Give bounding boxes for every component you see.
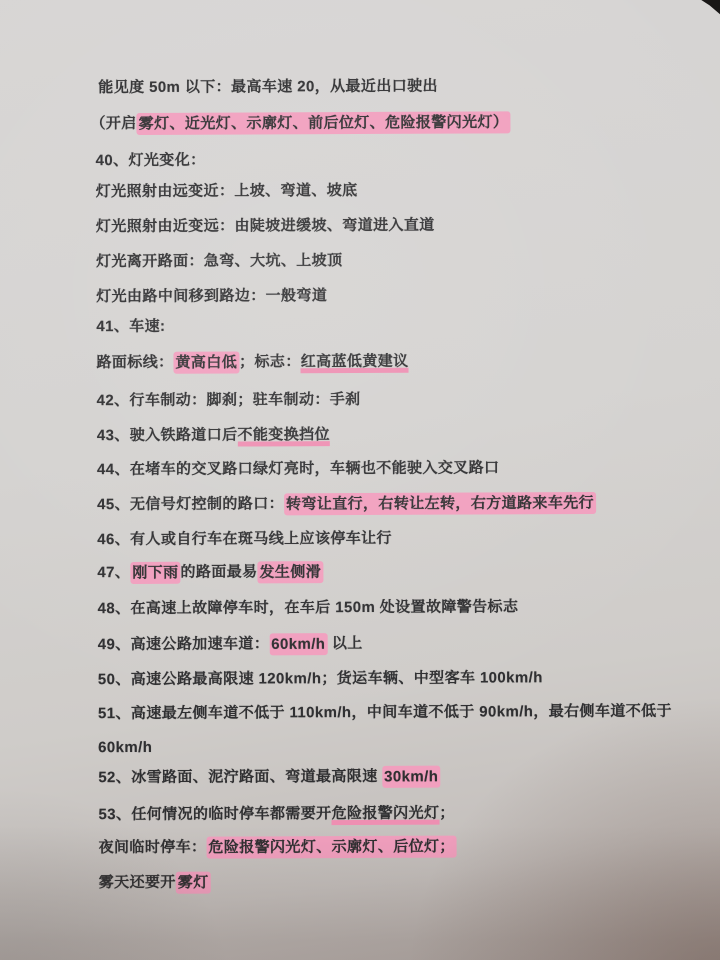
text-segment: 能见度 50m 以下：最高车速 20，从最近出口驶出 [98, 78, 438, 96]
note-line: 灯光照射由近变远：由陡坡进缓坡、弯道进入直道 [96, 215, 435, 237]
highlighted-text: 雾灯、近光灯、示廓灯、前后位灯、危险报警闪光灯） [137, 111, 511, 135]
note-line: 41、车速: [96, 316, 165, 337]
note-line: 60km/h [98, 737, 152, 758]
note-line: 灯光离开路面：急弯、大坑、上坡顶 [96, 250, 342, 272]
note-line: 路面标线：黄高白低；标志：红高蓝低黄建议 [96, 351, 408, 373]
text-segment: 46、有人或自行车在斑马线上应该停车让行 [97, 530, 392, 548]
paper-page: 能见度 50m 以下：最高车速 20，从最近出口驶出 （开启雾灯、近光灯、示廓灯… [0, 0, 720, 960]
text-segment: 47、 [97, 564, 130, 581]
text-segment: 灯光离开路面：急弯、大坑、上坡顶 [96, 252, 342, 270]
text-segment: 以上 [327, 635, 362, 652]
note-line: 45、无信号灯控制的路口：转弯让直行，右转让左转，右方道路来车先行 [97, 492, 596, 515]
text-segment: 52、冰雪路面、泥泞路面、弯道最高限速 [98, 768, 382, 786]
note-line: 雾天还要开雾灯 [99, 872, 211, 893]
underlined-text: 不能变换挡位 [237, 426, 329, 446]
notes-text-block: 能见度 50m 以下：最高车速 20，从最近出口驶出 （开启雾灯、近光灯、示廓灯… [0, 0, 720, 960]
text-segment: （开启 [90, 115, 136, 132]
text-segment: 48、在高速上故障停车时，在车后 150m 处设置故障警告标志 [98, 598, 519, 617]
text-segment: 41、车速: [96, 318, 165, 335]
text-segment: 50、高速公路最高限速 120km/h；货运车辆、中型客车 100km/h [98, 669, 543, 688]
text-segment: 53、任何情况的临时停车都需要开 [98, 805, 331, 823]
note-line: 40、灯光变化： [96, 150, 206, 171]
highlighted-text: 30km/h [382, 765, 440, 787]
highlighted-text: 60km/h [269, 633, 327, 655]
text-segment: ；标志： [239, 353, 301, 370]
underlined-text: 红高蓝低黄建议 [301, 353, 409, 373]
note-line: 43、驶入铁路道口后不能变换挡位 [97, 424, 330, 446]
highlighted-text: 转弯让直行，右转让左转，右方道路来车先行 [284, 491, 596, 514]
note-line: 51、高速最左侧车道不低于 110km/h，中间车道不低于 90km/h，最右侧… [98, 701, 672, 725]
note-line: 44、在堵车的交叉路口绿灯亮时，车辆也不能驶入交叉路口 [97, 457, 500, 480]
text-segment: 灯光照射由近变远：由陡坡进缓坡、弯道进入直道 [96, 217, 435, 235]
text-segment: 49、高速公路加速车道： [98, 635, 270, 653]
note-line: 49、高速公路加速车道：60km/h 以上 [98, 633, 363, 655]
text-segment: 42、行车制动：脚刹；驻车制动：手刹 [97, 391, 361, 409]
text-segment: 40、灯光变化： [96, 152, 206, 169]
text-segment: 的路面最易 [180, 563, 257, 580]
note-line: 52、冰雪路面、泥泞路面、弯道最高限速 30km/h [98, 766, 440, 788]
highlighted-text: 雾灯 [176, 871, 211, 893]
text-segment: 45、无信号灯控制的路口： [97, 495, 284, 513]
text-segment: 路面标线： [96, 354, 173, 371]
text-segment: 雾天还要开 [99, 874, 176, 891]
highlighted-text: 危险报警闪光灯、示廓灯、后位灯； [206, 835, 456, 858]
note-line: 46、有人或自行车在斑马线上应该停车让行 [97, 528, 392, 550]
highlighted-text: 黄高白低 [173, 351, 239, 373]
text-segment: 44、在堵车的交叉路口绿灯亮时，车辆也不能驶入交叉路口 [97, 459, 500, 478]
note-line: （开启雾灯、近光灯、示廓灯、前后位灯、危险报警闪光灯） [90, 111, 510, 134]
underlined-text: 危险报警闪光灯 [332, 805, 440, 825]
text-segment: 灯光由路中间移到路边：一般弯道 [96, 287, 327, 305]
note-line: 灯光由路中间移到路边：一般弯道 [96, 285, 327, 307]
text-segment: 43、驶入铁路道口后 [97, 427, 238, 445]
text-segment: 夜间临时停车： [99, 839, 207, 856]
note-line: 47、刚下雨的路面最易发生侧滑 [97, 561, 323, 583]
note-line: 53、任何情况的临时停车都需要开危险报警闪光灯； [98, 803, 454, 826]
text-segment: ； [439, 805, 454, 822]
note-line: 48、在高速上故障停车时，在车后 150m 处设置故障警告标志 [98, 596, 519, 619]
text-segment: 51、高速最左侧车道不低于 110km/h，中间车道不低于 90km/h，最右侧… [98, 703, 672, 723]
text-segment: 60km/h [98, 739, 152, 756]
text-segment: 灯光照射由远变近：上坡、弯道、坡底 [96, 182, 358, 200]
note-line: 灯光照射由远变近：上坡、弯道、坡底 [96, 180, 358, 202]
highlighted-text: 发生侧滑 [257, 561, 323, 583]
note-line: 50、高速公路最高限速 120km/h；货运车辆、中型客车 100km/h [98, 667, 543, 690]
highlighted-text: 刚下雨 [130, 561, 180, 583]
note-line: 42、行车制动：脚刹；驻车制动：手刹 [97, 389, 361, 411]
note-line: 能见度 50m 以下：最高车速 20，从最近出口驶出 [98, 76, 438, 98]
note-line: 夜间临时停车：危险报警闪光灯、示廓灯、后位灯； [99, 836, 457, 859]
